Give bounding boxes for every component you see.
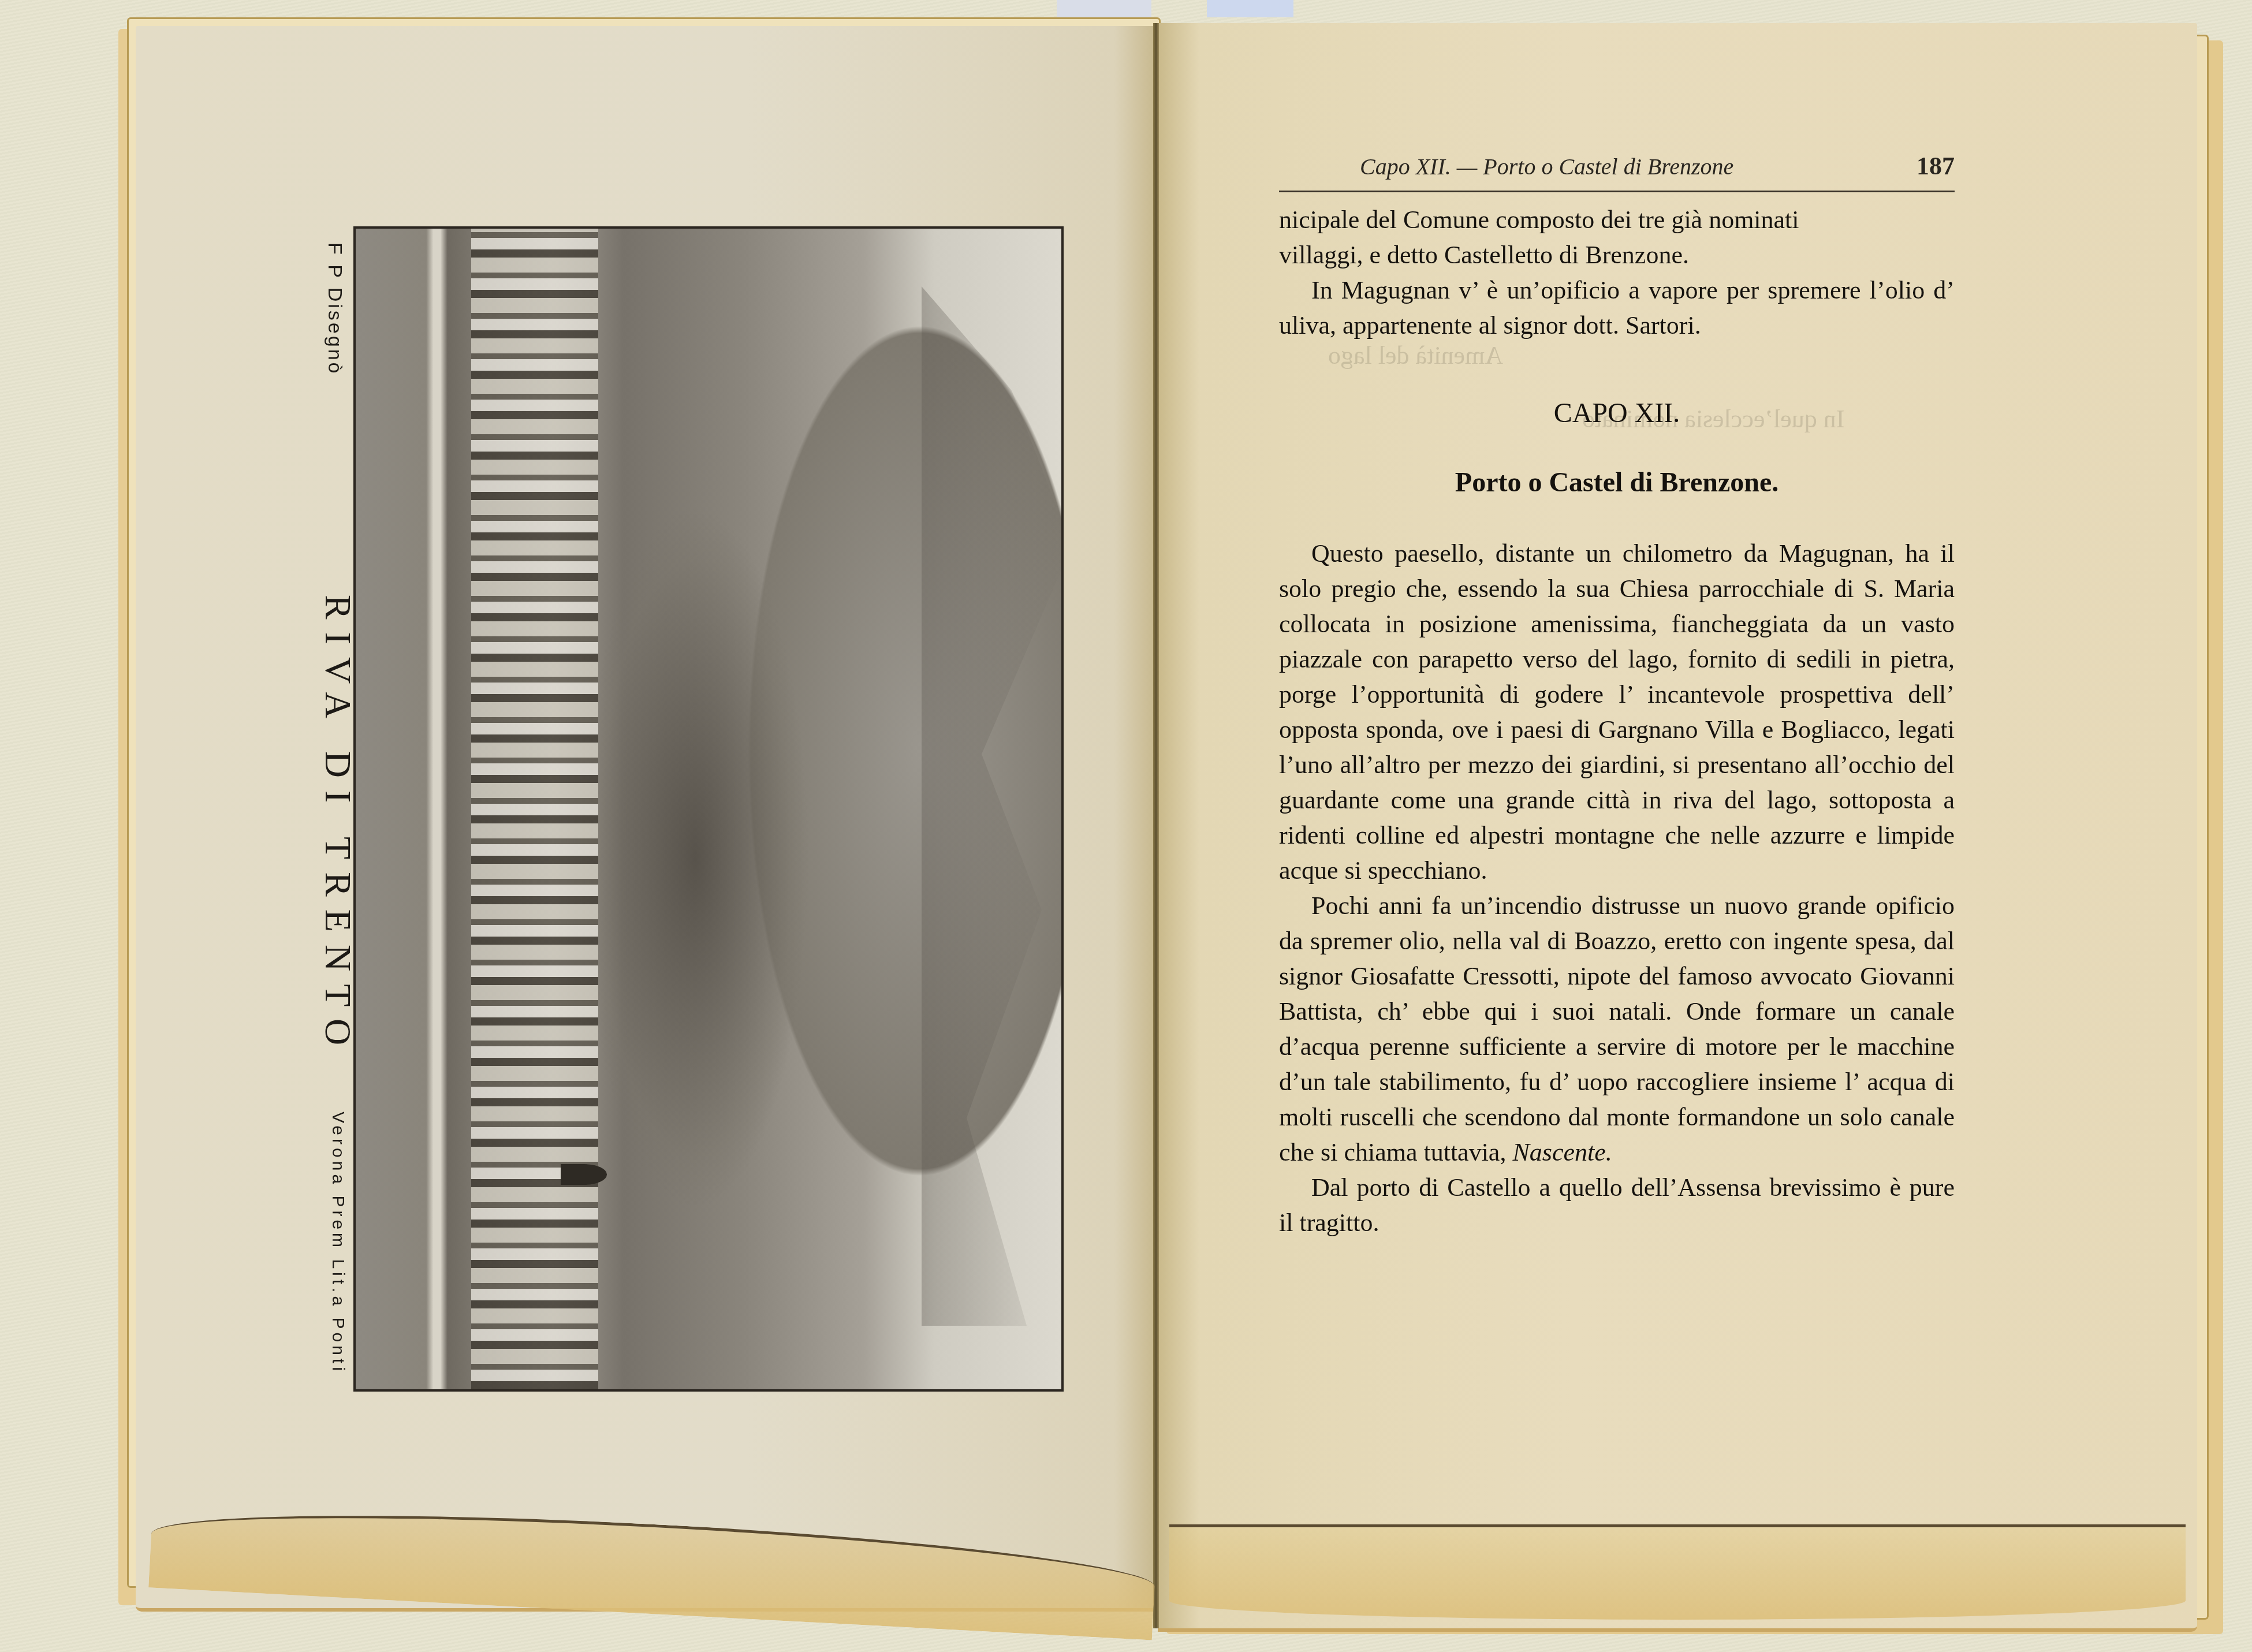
header-rule [1279, 191, 1955, 192]
paragraph: Pochi anni fa un’incendio distrusse un n… [1279, 888, 1955, 1170]
text-line: villaggi, e detto Castelletto di Brenzon… [1279, 237, 1955, 273]
lithograph-plate [353, 226, 1064, 1392]
page-number: 187 [1917, 151, 1955, 181]
running-head-title: Capo XII. — Porto o Castel di Brenzone [1360, 153, 1733, 180]
bleed-through-text: Amenità del lago [1328, 341, 1503, 370]
paragraph: Dal porto di Castello a quello dell’Asse… [1279, 1170, 1955, 1240]
right-page-curl [1169, 1524, 2186, 1620]
book-gutter [1153, 23, 1159, 1628]
plate-credit-printer: Verona Prem Lit.a Ponti [328, 1112, 348, 1374]
paragraph-text: Pochi anni fa un’incendio distrusse un n… [1279, 892, 1955, 1166]
chapter-heading: CAPO XII. [1279, 397, 1955, 429]
mountain-illustration [922, 286, 1064, 1326]
section-heading: Porto o Castel di Brenzone. [1279, 467, 1955, 498]
running-head: Capo XII. — Porto o Castel di Brenzone 1… [1360, 151, 1955, 186]
opening-text: nicipale del Comune composto dei tre già… [1279, 202, 1955, 343]
plate-credit-drawer: F P Disegnò [323, 243, 346, 375]
church-tower-illustration [561, 1164, 607, 1185]
bookmark-label-strip [1057, 0, 1151, 20]
paragraph: In Magugnan v’ è un’opificio a vapore pe… [1279, 273, 1955, 343]
italic-name: Nascente. [1512, 1138, 1612, 1166]
text-line: nicipale del Comune composto dei tre già… [1279, 202, 1955, 237]
paragraph: Questo paesello, distante un chilometro … [1279, 536, 1955, 888]
main-text: Questo paesello, distante un chilometro … [1279, 536, 1955, 1240]
bookmark-tab [1207, 0, 1293, 17]
plate-title: RIVA DI TRENTO [316, 595, 359, 1058]
